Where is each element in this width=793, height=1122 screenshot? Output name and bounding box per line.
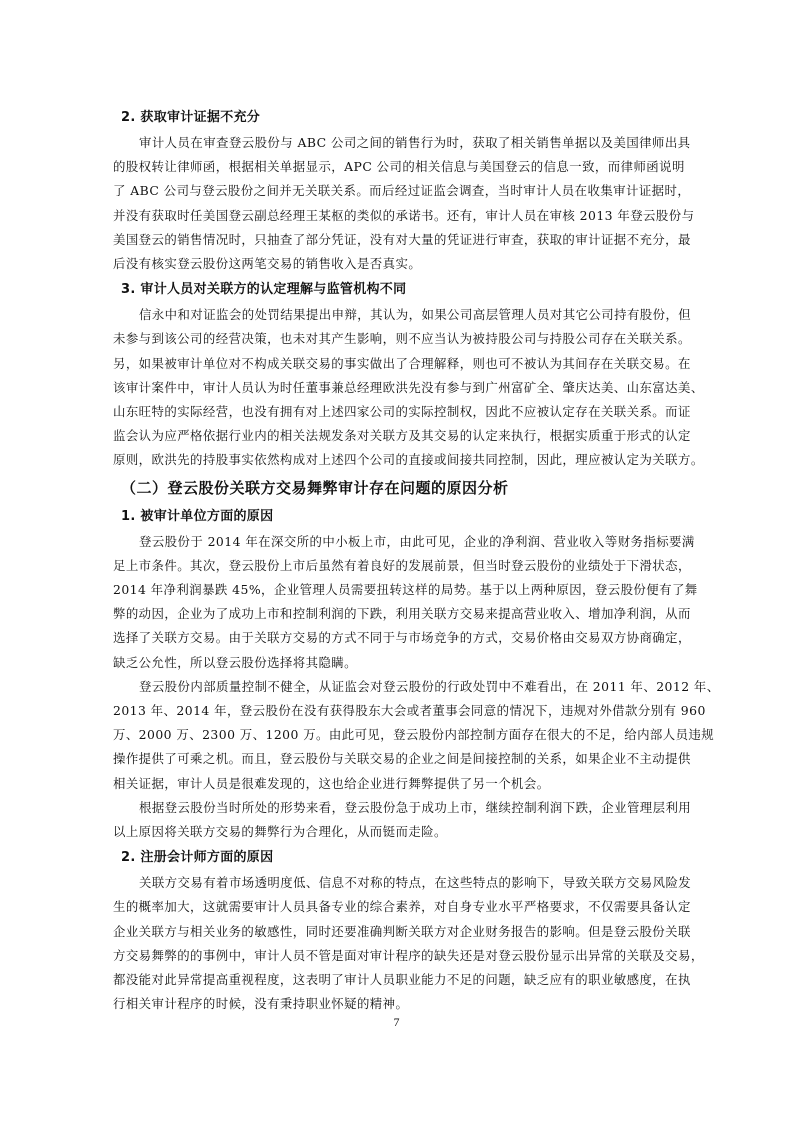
section-heading-cause-analysis: （二）登云股份关联方交易舞弊审计存在问题的原因分析 [113,473,681,503]
text-line: 万、2000 万、2300 万、1200 万。由此可见，登云股份内部控制方面存在… [113,723,681,747]
text-line: 企业关联方与相关业务的敏感性，同时还要准确判断关联方对企业财务报告的影响。但是登… [113,920,681,944]
paragraph-related-party-definition: 信永中和对证监会的处罚结果提出申辩，其认为，如果公司高层管理人员对其它公司持有股… [113,303,681,472]
text-line: 未参与到该公司的经营决策，也未对其产生影响，则不应当认为被持股公司与持股公司存在… [113,327,681,351]
text-line: 2014 年净利润暴跌 45%，企业管理人员需要扭转这样的局势。基于以上两种原因… [113,578,681,602]
text-line: 信永中和对证监会的处罚结果提出申辩，其认为，如果公司高层管理人员对其它公司持有股… [113,303,681,327]
text-line: 缺乏公允性，所以登云股份选择将其隐瞒。 [113,651,681,675]
text-line: 了 ABC 公司与登云股份之间并无关联关系。而后经过证监会调查，当时审计人员在收… [113,179,681,203]
text-line: 审计人员在审查登云股份与 ABC 公司之间的销售行为时，获取了相关销售单据以及美… [113,131,681,155]
text-line: 2013 年、2014 年，登云股份在没有获得股东大会或者董事会同意的情况下，违… [113,699,681,723]
paragraph-audited-unit-causes-2: 登云股份内部质量控制不健全，从证监会对登云股份的行政处罚中不难看出，在 2011… [113,675,681,796]
page-number: 7 [0,1015,793,1030]
text-line: 生的概率加大，这就需要审计人员具备专业的综合素养，对自身专业水平严格要求，不仅需… [113,895,681,919]
text-line: 并没有获取时任美国登云副总经理王某枢的类似的承诺书。还有，审计人员在审核 201… [113,204,681,228]
text-line: 监会认为应严格依据行业内的相关法规发条对关联方及其交易的认定来执行，根据实质重于… [113,424,681,448]
section-heading-cpa-causes: 2. 注册会计师方面的原因 [113,844,681,871]
text-line: 后没有核实登云股份这两笔交易的销售收入是否真实。 [113,252,681,276]
text-line: 足上市条件。其次，登云股份上市后虽然有着良好的发展前景，但当时登云股份的业绩处于… [113,554,681,578]
text-line: 行相关审计程序的时候，没有秉持职业怀疑的精神。 [113,992,681,1016]
text-line: 登云股份内部质量控制不健全，从证监会对登云股份的行政处罚中不难看出，在 2011… [113,675,681,699]
text-line: 山东旺特的实际经营，也没有拥有对上述四家公司的实际控制权，因此不应被认定存在关联… [113,400,681,424]
text-line: 原则，欧洪先的持股事实依然构成对上述四个公司的直接或间接共同控制，因此，理应被认… [113,448,681,472]
paragraph-audited-unit-causes-1: 登云股份于 2014 年在深交所的中小板上市，由此可见，企业的净利润、营业收入等… [113,530,681,675]
section-heading-audited-unit-causes: 1. 被审计单位方面的原因 [113,503,681,530]
paragraph-cpa-causes: 关联方交易有着市场透明度低、信息不对称的特点，在这些特点的影响下，导致关联方交易… [113,871,681,1016]
text-line: 关联方交易有着市场透明度低、信息不对称的特点，在这些特点的影响下，导致关联方交易… [113,871,681,895]
text-line: 选择了关联方交易。由于关联方交易的方式不同于与市场竞争的方式，交易价格由交易双方… [113,626,681,650]
paragraph-audited-unit-causes-3: 根据登云股份当时所处的形势来看，登云股份急于成功上市，继续控制利润下跌，企业管理… [113,796,681,844]
section-heading-evidence-insufficient: 2. 获取审计证据不充分 [113,104,681,131]
text-line: 根据登云股份当时所处的形势来看，登云股份急于成功上市，继续控制利润下跌，企业管理… [113,796,681,820]
text-line: 操作提供了可乘之机。而且，登云股份与关联交易的企业之间是间接控制的关系，如果企业… [113,747,681,771]
document-page: 2. 获取审计证据不充分 审计人员在审查登云股份与 ABC 公司之间的销售行为时… [113,104,681,1017]
text-line: 美国登云的销售情况时，只抽查了部分凭证，没有对大量的凭证进行审查，获取的审计证据… [113,228,681,252]
text-line: 都没能对此异常提高重视程度，这表明了审计人员职业能力不足的问题，缺乏应有的职业敏… [113,968,681,992]
text-line: 方交易舞弊的的事例中，审计人员不管是面对审计程序的缺失还是对登云股份显示出异常的… [113,944,681,968]
text-line: 弊的动因，企业为了成功上市和控制利润的下跌，利用关联方交易来提高营业收入、增加净… [113,602,681,626]
text-line: 登云股份于 2014 年在深交所的中小板上市，由此可见，企业的净利润、营业收入等… [113,530,681,554]
text-line: 以上原因将关联方交易的舞弊行为合理化，从而铤而走险。 [113,820,681,844]
text-line: 该审计案件中，审计人员认为时任董事兼总经理欧洪先没有参与到广州富矿全、肇庆达美、… [113,376,681,400]
text-line: 的股权转让律师函，根据相关单据显示，APC 公司的相关信息与美国登云的信息一致，… [113,155,681,179]
text-line: 相关证据，审计人员是很难发现的，这也给企业进行舞弊提供了另一个机会。 [113,772,681,796]
paragraph-evidence-insufficient: 审计人员在审查登云股份与 ABC 公司之间的销售行为时，获取了相关销售单据以及美… [113,131,681,276]
text-line: 另，如果被审计单位对不构成关联交易的事实做出了合理解释，则也可不被认为其间存在关… [113,352,681,376]
section-heading-related-party-definition: 3. 审计人员对关联方的认定理解与监管机构不同 [113,276,681,303]
